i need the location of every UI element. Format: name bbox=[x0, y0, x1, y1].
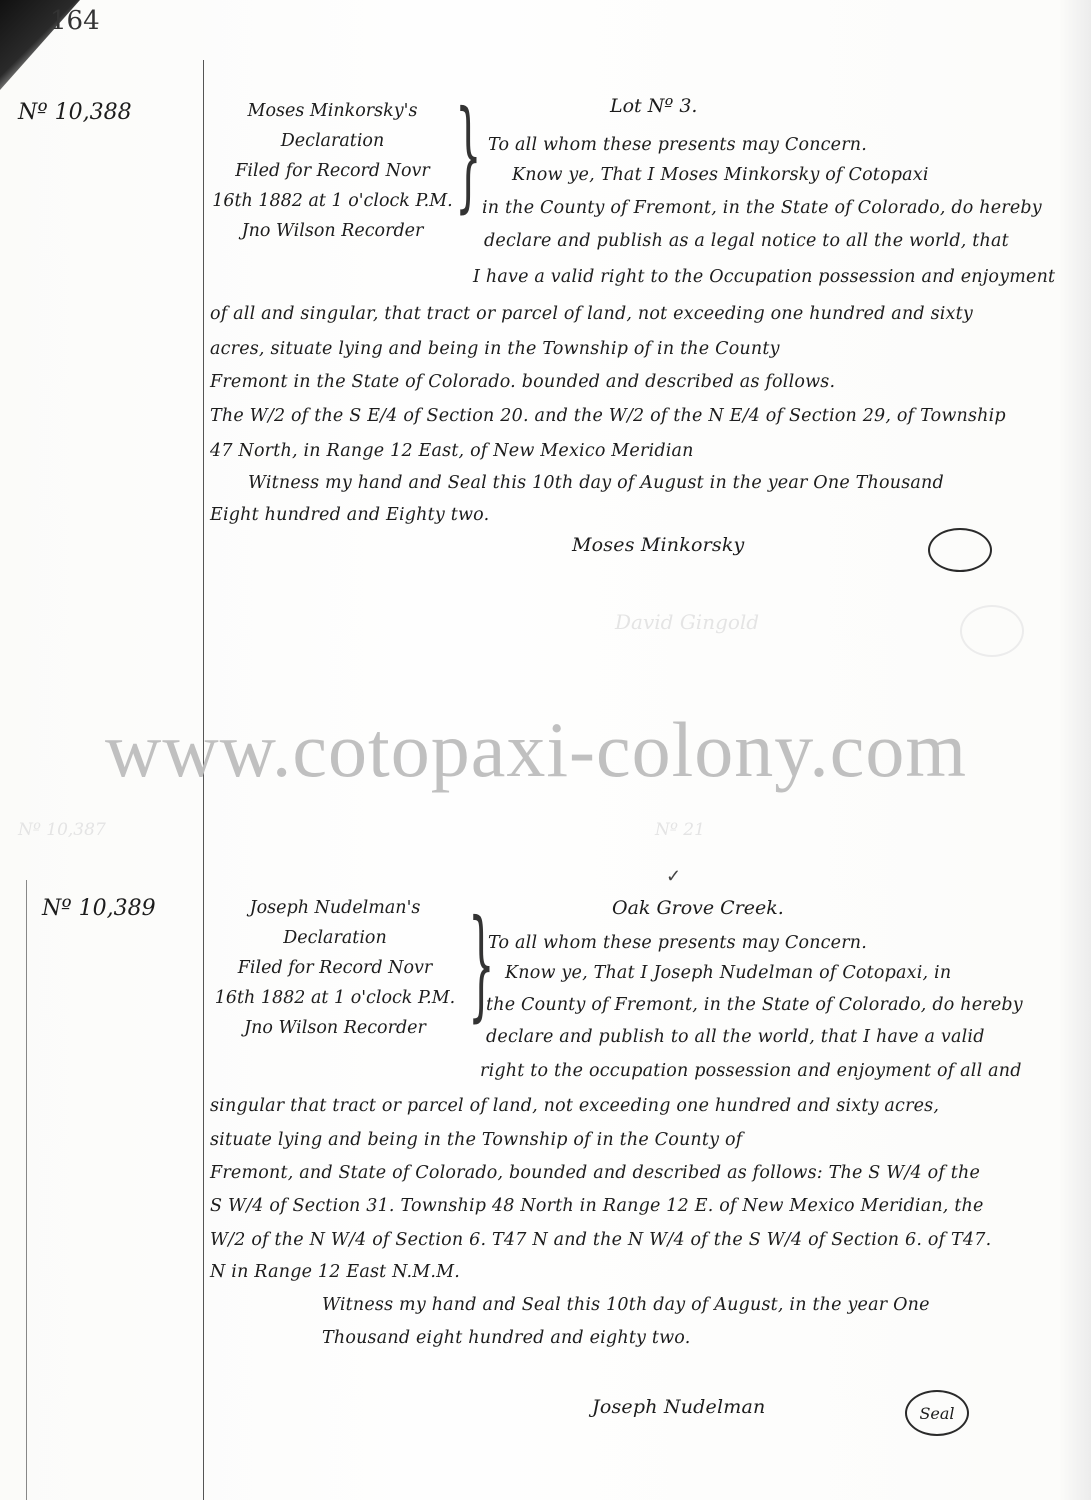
body-line: situate lying and being in the Township … bbox=[210, 1125, 742, 1155]
brace-icon: } bbox=[455, 96, 482, 216]
caption-declarant: Joseph Nudelman's bbox=[205, 893, 465, 923]
body-line: Know ye, That I Joseph Nudelman of Cotop… bbox=[505, 958, 951, 988]
lot-title: Oak Grove Creek. bbox=[612, 897, 784, 919]
body-line: To all whom these presents may Concern. bbox=[488, 928, 867, 958]
bleed-through-lot: Nº 21 bbox=[655, 820, 705, 840]
bleed-through-seal bbox=[960, 605, 1024, 657]
seal-icon: Seal bbox=[905, 1390, 969, 1436]
body-line: singular that tract or parcel of land, n… bbox=[210, 1091, 939, 1121]
lot-title: Lot Nº 3. bbox=[610, 95, 697, 117]
entry-caption: Joseph Nudelman's Declaration Filed for … bbox=[205, 893, 465, 1043]
body-line: S W/4 of Section 31. Township 48 North i… bbox=[210, 1191, 984, 1221]
caption-title: Declaration bbox=[205, 923, 465, 953]
entry-number: Nº 10,388 bbox=[18, 100, 132, 125]
caption-recorder: Jno Wilson Recorder bbox=[205, 1013, 465, 1043]
body-line: Fremont, and State of Colorado, bounded … bbox=[210, 1158, 980, 1188]
caption-title: Declaration bbox=[205, 126, 460, 156]
bleed-through-entry-number: Nº 10,387 bbox=[18, 820, 106, 840]
signature: Joseph Nudelman bbox=[592, 1392, 765, 1422]
body-line: Know ye, That I Moses Minkorsky of Cotop… bbox=[512, 160, 929, 190]
left-edge-rule bbox=[26, 880, 27, 1500]
caption-recorder: Jno Wilson Recorder bbox=[205, 216, 460, 246]
body-line: in the County of Fremont, in the State o… bbox=[482, 193, 1042, 223]
body-line: I have a valid right to the Occupation p… bbox=[473, 262, 1055, 292]
body-line: declare and publish as a legal notice to… bbox=[484, 226, 1009, 256]
body-line: right to the occupation possession and e… bbox=[480, 1056, 1022, 1086]
checkmark-icon: ✓ bbox=[666, 866, 681, 887]
seal-icon bbox=[928, 528, 992, 572]
caption-date: 16th 1882 at 1 o'clock P.M. bbox=[205, 186, 460, 216]
body-line: of all and singular, that tract or parce… bbox=[210, 299, 973, 329]
witness-line: Witness my hand and Seal this 10th day o… bbox=[248, 468, 944, 498]
caption-filed: Filed for Record Novr bbox=[205, 953, 465, 983]
body-line: N in Range 12 East N.M.M. bbox=[210, 1257, 460, 1287]
ledger-page: 164 David Gingold Nº 10,387 Nº 21 Nº 10,… bbox=[0, 0, 1091, 1500]
bleed-through-signature: David Gingold bbox=[615, 610, 759, 634]
body-line: the County of Fremont, in the State of C… bbox=[486, 990, 1023, 1020]
body-line: acres, situate lying and being in the To… bbox=[210, 334, 780, 364]
caption-declarant: Moses Minkorsky's bbox=[205, 96, 460, 126]
body-line: Fremont in the State of Colorado. bounde… bbox=[210, 367, 835, 397]
watermark: www.cotopaxi-colony.com bbox=[105, 705, 967, 795]
entry-number: Nº 10,389 bbox=[42, 896, 156, 921]
seal-label: Seal bbox=[919, 1404, 954, 1423]
body-line: To all whom these presents may Concern. bbox=[488, 130, 867, 160]
entry-caption: Moses Minkorsky's Declaration Filed for … bbox=[205, 96, 460, 246]
witness-line: Thousand eight hundred and eighty two. bbox=[322, 1323, 691, 1353]
signature: Moses Minkorsky bbox=[572, 530, 744, 560]
page-number: 164 bbox=[50, 6, 100, 36]
body-line: The W/2 of the S E/4 of Section 20. and … bbox=[210, 401, 1006, 431]
caption-date: 16th 1882 at 1 o'clock P.M. bbox=[205, 983, 465, 1013]
witness-line: Witness my hand and Seal this 10th day o… bbox=[322, 1290, 930, 1320]
body-line: declare and publish to all the world, th… bbox=[486, 1022, 985, 1052]
witness-line: Eight hundred and Eighty two. bbox=[210, 500, 489, 530]
body-line: 47 North, in Range 12 East, of New Mexic… bbox=[210, 436, 694, 466]
body-line: W/2 of the N W/4 of Section 6. T47 N and… bbox=[210, 1225, 991, 1255]
caption-filed: Filed for Record Novr bbox=[205, 156, 460, 186]
